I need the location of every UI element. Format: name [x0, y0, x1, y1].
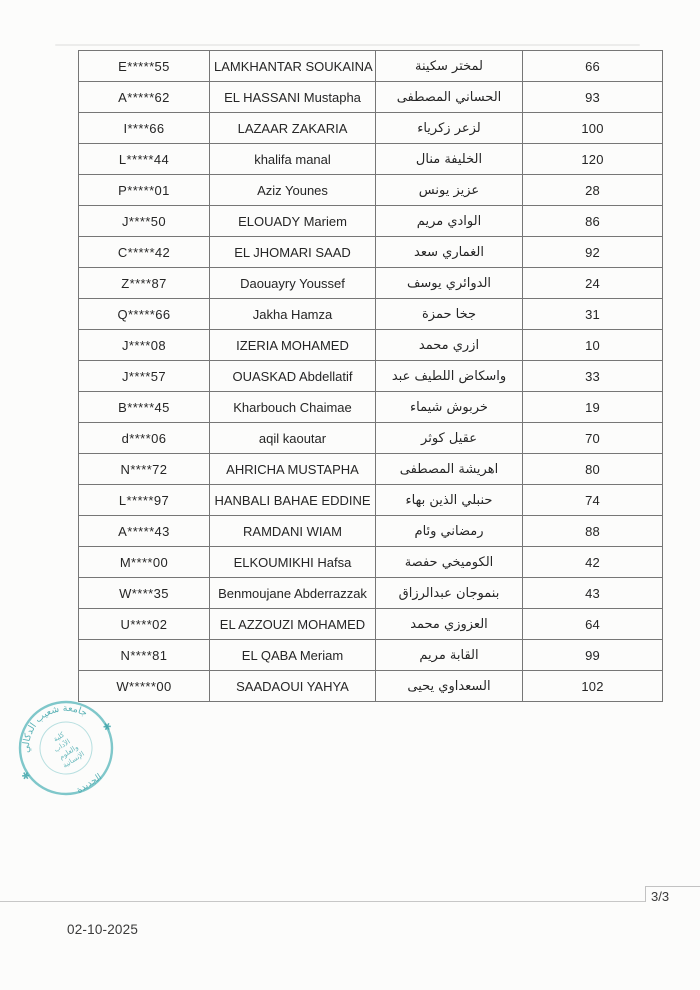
- score-cell: 66: [523, 51, 663, 82]
- footer-rule-right: [645, 886, 700, 887]
- results-table: E*****55LAMKHANTAR SOUKAINAلمختر سكينة66…: [78, 50, 663, 702]
- table-row: J****57OUASKAD Abdellatifواسكاض اللطيف ع…: [79, 361, 663, 392]
- id-cell: N****72: [79, 454, 210, 485]
- id-cell: I****66: [79, 113, 210, 144]
- arabic-name-cell: الخليفة منال: [376, 144, 523, 175]
- score-cell: 120: [523, 144, 663, 175]
- id-cell: L*****44: [79, 144, 210, 175]
- table-row: W****35Benmoujane Abderrazzakبنموجان عبد…: [79, 578, 663, 609]
- id-cell: W****35: [79, 578, 210, 609]
- id-cell: Z****87: [79, 268, 210, 299]
- page-number: 3/3: [651, 889, 691, 904]
- scan-artifact-line: [55, 44, 640, 46]
- table-row: Q*****66Jakha Hamzaجخا حمزة31: [79, 299, 663, 330]
- table-row: N****81EL QABA Meriamالقابة مريم99: [79, 640, 663, 671]
- arabic-name-cell: حنبلي الذين بهاء: [376, 485, 523, 516]
- arabic-name-cell: لمختر سكينة: [376, 51, 523, 82]
- arabic-name-cell: عزيز يونس: [376, 175, 523, 206]
- latin-name-cell: EL JHOMARI SAAD: [210, 237, 376, 268]
- table-row: L*****97HANBALI BAHAE EDDINEحنبلي الذين …: [79, 485, 663, 516]
- id-cell: P*****01: [79, 175, 210, 206]
- table-row: d****06aqil kaoutarعقيل كوثر70: [79, 423, 663, 454]
- arabic-name-cell: عقيل كوثر: [376, 423, 523, 454]
- table-row: P*****01Aziz Younesعزيز يونس28: [79, 175, 663, 206]
- score-cell: 93: [523, 82, 663, 113]
- table-row: Z****87Daouayry Youssefالدوائري يوسف24: [79, 268, 663, 299]
- score-cell: 28: [523, 175, 663, 206]
- arabic-name-cell: اهريشة المصطفى: [376, 454, 523, 485]
- latin-name-cell: Aziz Younes: [210, 175, 376, 206]
- arabic-name-cell: الدوائري يوسف: [376, 268, 523, 299]
- latin-name-cell: Kharbouch Chaimae: [210, 392, 376, 423]
- latin-name-cell: Jakha Hamza: [210, 299, 376, 330]
- latin-name-cell: Daouayry Youssef: [210, 268, 376, 299]
- stamp-rim-bottom-text: الجديدة: [75, 772, 104, 795]
- scanned-document-page: E*****55LAMKHANTAR SOUKAINAلمختر سكينة66…: [0, 0, 700, 990]
- latin-name-cell: OUASKAD Abdellatif: [210, 361, 376, 392]
- score-cell: 102: [523, 671, 663, 702]
- latin-name-cell: EL AZZOUZI MOHAMED: [210, 609, 376, 640]
- table-row: A*****43RAMDANI WIAMرمضاني وئام88: [79, 516, 663, 547]
- latin-name-cell: AHRICHA MUSTAPHA: [210, 454, 376, 485]
- stamp-star-left-icon: ✱: [20, 770, 33, 784]
- table-row: I****66LAZAAR ZAKARIAلزعر زكرياء100: [79, 113, 663, 144]
- table-row: N****72AHRICHA MUSTAPHAاهريشة المصطفى80: [79, 454, 663, 485]
- score-cell: 70: [523, 423, 663, 454]
- id-cell: C*****42: [79, 237, 210, 268]
- footer-rule-step: [645, 886, 646, 902]
- arabic-name-cell: الكوميخي حفصة: [376, 547, 523, 578]
- arabic-name-cell: العزوزي محمد: [376, 609, 523, 640]
- arabic-name-cell: واسكاض اللطيف عبد: [376, 361, 523, 392]
- arabic-name-cell: الحساني المصطفى: [376, 82, 523, 113]
- score-cell: 80: [523, 454, 663, 485]
- latin-name-cell: aqil kaoutar: [210, 423, 376, 454]
- latin-name-cell: Benmoujane Abderrazzak: [210, 578, 376, 609]
- university-stamp-icon: جامعة شعيب الدكالي ✱ ✱ الجديدة كلية الآد…: [8, 696, 124, 804]
- score-cell: 19: [523, 392, 663, 423]
- score-cell: 10: [523, 330, 663, 361]
- score-cell: 92: [523, 237, 663, 268]
- score-cell: 100: [523, 113, 663, 144]
- id-cell: B*****45: [79, 392, 210, 423]
- arabic-name-cell: جخا حمزة: [376, 299, 523, 330]
- arabic-name-cell: الغماري سعد: [376, 237, 523, 268]
- arabic-name-cell: الوادي مريم: [376, 206, 523, 237]
- table-row: A*****62EL HASSANI Mustaphaالحساني المصط…: [79, 82, 663, 113]
- score-cell: 86: [523, 206, 663, 237]
- latin-name-cell: LAZAAR ZAKARIA: [210, 113, 376, 144]
- score-cell: 33: [523, 361, 663, 392]
- table-row: J****08IZERIA MOHAMEDازري محمد10: [79, 330, 663, 361]
- id-cell: A*****43: [79, 516, 210, 547]
- score-cell: 88: [523, 516, 663, 547]
- latin-name-cell: HANBALI BAHAE EDDINE: [210, 485, 376, 516]
- arabic-name-cell: رمضاني وئام: [376, 516, 523, 547]
- latin-name-cell: LAMKHANTAR SOUKAINA: [210, 51, 376, 82]
- score-cell: 42: [523, 547, 663, 578]
- table-row: U****02EL AZZOUZI MOHAMEDالعزوزي محمد64: [79, 609, 663, 640]
- id-cell: L*****97: [79, 485, 210, 516]
- score-cell: 31: [523, 299, 663, 330]
- arabic-name-cell: خربوش شيماء: [376, 392, 523, 423]
- id-cell: A*****62: [79, 82, 210, 113]
- id-cell: J****08: [79, 330, 210, 361]
- results-table-body: E*****55LAMKHANTAR SOUKAINAلمختر سكينة66…: [79, 51, 663, 702]
- table-row: L*****44khalifa manalالخليفة منال120: [79, 144, 663, 175]
- latin-name-cell: ELKOUMIKHI Hafsa: [210, 547, 376, 578]
- latin-name-cell: EL QABA Meriam: [210, 640, 376, 671]
- latin-name-cell: RAMDANI WIAM: [210, 516, 376, 547]
- latin-name-cell: IZERIA MOHAMED: [210, 330, 376, 361]
- table-row: M****00ELKOUMIKHI Hafsaالكوميخي حفصة42: [79, 547, 663, 578]
- latin-name-cell: EL HASSANI Mustapha: [210, 82, 376, 113]
- id-cell: M****00: [79, 547, 210, 578]
- document-date: 02-10-2025: [67, 922, 138, 937]
- score-cell: 43: [523, 578, 663, 609]
- score-cell: 24: [523, 268, 663, 299]
- arabic-name-cell: القابة مريم: [376, 640, 523, 671]
- arabic-name-cell: ازري محمد: [376, 330, 523, 361]
- table-row: E*****55LAMKHANTAR SOUKAINAلمختر سكينة66: [79, 51, 663, 82]
- id-cell: N****81: [79, 640, 210, 671]
- table-row: B*****45Kharbouch Chaimaeخربوش شيماء19: [79, 392, 663, 423]
- score-cell: 99: [523, 640, 663, 671]
- arabic-name-cell: لزعر زكرياء: [376, 113, 523, 144]
- score-cell: 64: [523, 609, 663, 640]
- latin-name-cell: ELOUADY Mariem: [210, 206, 376, 237]
- footer-rule-main: [0, 901, 646, 902]
- id-cell: J****50: [79, 206, 210, 237]
- table-row: J****50ELOUADY Mariemالوادي مريم86: [79, 206, 663, 237]
- score-cell: 74: [523, 485, 663, 516]
- id-cell: U****02: [79, 609, 210, 640]
- arabic-name-cell: السعداوي يحيى: [376, 671, 523, 702]
- latin-name-cell: SAADAOUI YAHYA: [210, 671, 376, 702]
- id-cell: Q*****66: [79, 299, 210, 330]
- id-cell: J****57: [79, 361, 210, 392]
- latin-name-cell: khalifa manal: [210, 144, 376, 175]
- arabic-name-cell: بنموجان عبدالرزاق: [376, 578, 523, 609]
- table-row: W*****00SAADAOUI YAHYAالسعداوي يحيى102: [79, 671, 663, 702]
- table-row: C*****42EL JHOMARI SAADالغماري سعد92: [79, 237, 663, 268]
- id-cell: E*****55: [79, 51, 210, 82]
- id-cell: d****06: [79, 423, 210, 454]
